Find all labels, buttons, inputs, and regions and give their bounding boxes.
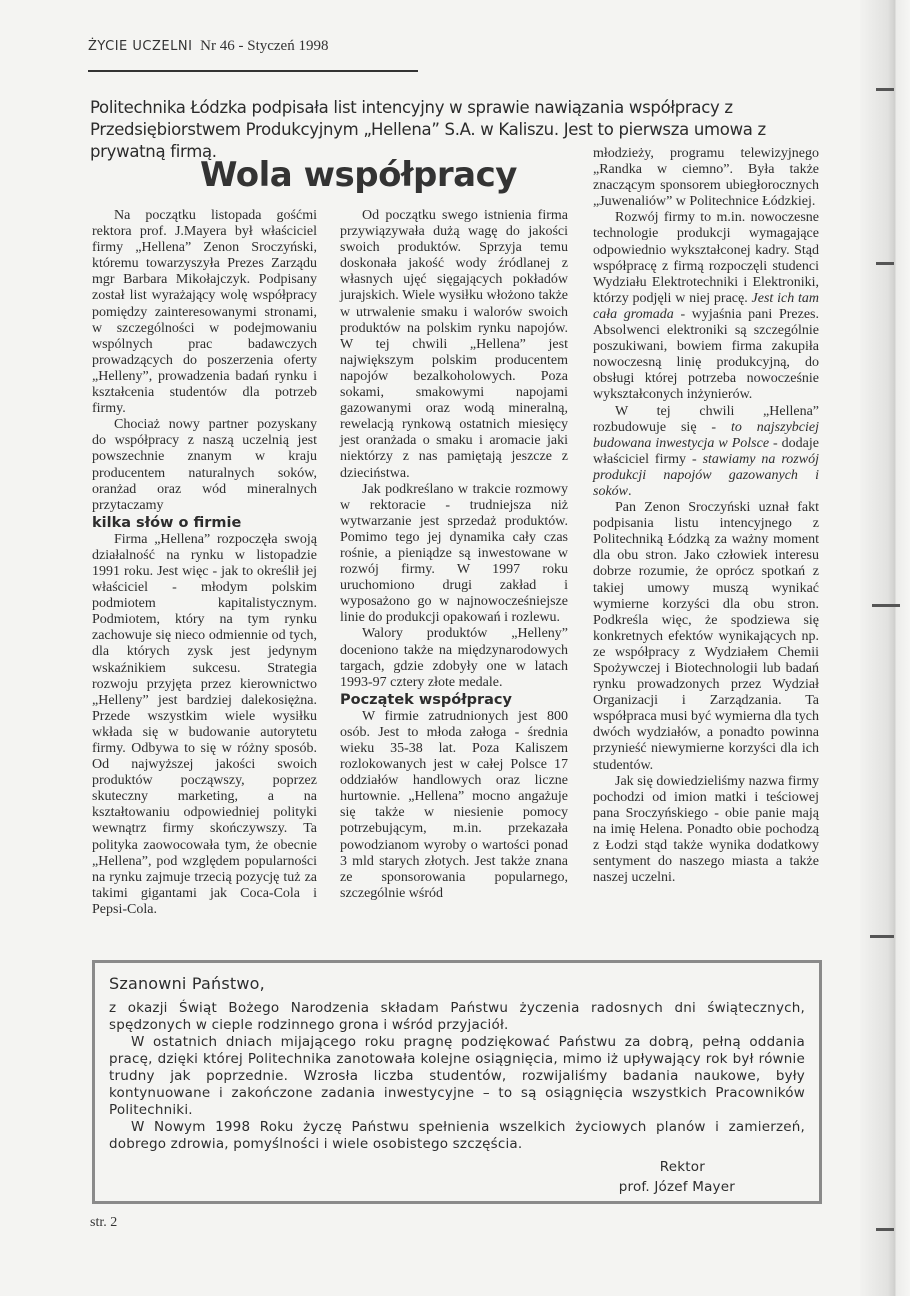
- paragraph: W firmie zatrudnionych jest 800 osób. Je…: [340, 709, 568, 902]
- letter-paragraph: z okazji Świąt Bożego Narodzenia składam…: [109, 1000, 805, 1034]
- page-binding-edge: [860, 0, 910, 1296]
- staple-mark: [872, 604, 900, 607]
- article-column-1: Na początku listopada gośćmi rektora pro…: [92, 208, 317, 918]
- page-header: ŻYCIE UCZELNI Nr 46 - Styczeń 1998: [88, 38, 328, 55]
- signer-name: prof. Józef Mayer: [109, 1177, 735, 1197]
- issue-info: Nr 46 - Styczeń 1998: [200, 38, 328, 54]
- paragraph: Chociaż nowy partner pozyskany do współp…: [92, 417, 317, 514]
- article-column-3: młodzieży, programu telewizyjnego „Randk…: [593, 146, 819, 886]
- paragraph: W tej chwili „Hellena” rozbudowuje się -…: [593, 404, 819, 501]
- paragraph: Na początku listopada gośćmi rektora pro…: [92, 208, 317, 417]
- section-heading: kilka słów o firmie: [92, 514, 317, 532]
- header-divider: [88, 70, 418, 72]
- page-number: str. 2: [90, 1215, 117, 1231]
- section-heading: Początek współpracy: [340, 691, 568, 709]
- letter-paragraph: W ostatnich dniach mijającego roku pragn…: [109, 1034, 805, 1119]
- paragraph: Firma „Hellena” rozpoczęła swoją działal…: [92, 532, 317, 918]
- paragraph: Jak się dowiedzieliśmy nazwa firmy pocho…: [593, 774, 819, 887]
- masthead: ŻYCIE UCZELNI: [88, 39, 192, 54]
- rector-greeting-box: Szanowni Państwo, z okazji Świąt Bożego …: [92, 960, 822, 1204]
- staple-mark: [876, 1228, 894, 1231]
- signer-role: Rektor: [109, 1157, 735, 1177]
- staple-mark: [876, 262, 894, 265]
- paragraph: Od początku swego istnienia firma przywi…: [340, 208, 568, 482]
- paragraph: Walory produktów „Helleny” doceniono tak…: [340, 626, 568, 690]
- paragraph: Rozwój firmy to m.in. nowoczesne technol…: [593, 210, 819, 403]
- article-title: Wola współpracy: [200, 155, 517, 195]
- letter-signature: Rektor prof. Józef Mayer: [109, 1157, 805, 1197]
- letter-paragraph: W Nowym 1998 Roku życzę Państwu spełnien…: [109, 1119, 805, 1153]
- staple-mark: [876, 88, 894, 91]
- letter-greeting: Szanowni Państwo,: [109, 975, 805, 992]
- paragraph: młodzieży, programu telewizyjnego „Randk…: [593, 146, 819, 210]
- staple-mark: [870, 935, 894, 938]
- paragraph: Jak podkreślano w trakcie rozmowy w rekt…: [340, 482, 568, 627]
- paragraph: Pan Zenon Sroczyński uznał fakt podpisan…: [593, 500, 819, 774]
- article-column-2: Od początku swego istnienia firma przywi…: [340, 208, 568, 902]
